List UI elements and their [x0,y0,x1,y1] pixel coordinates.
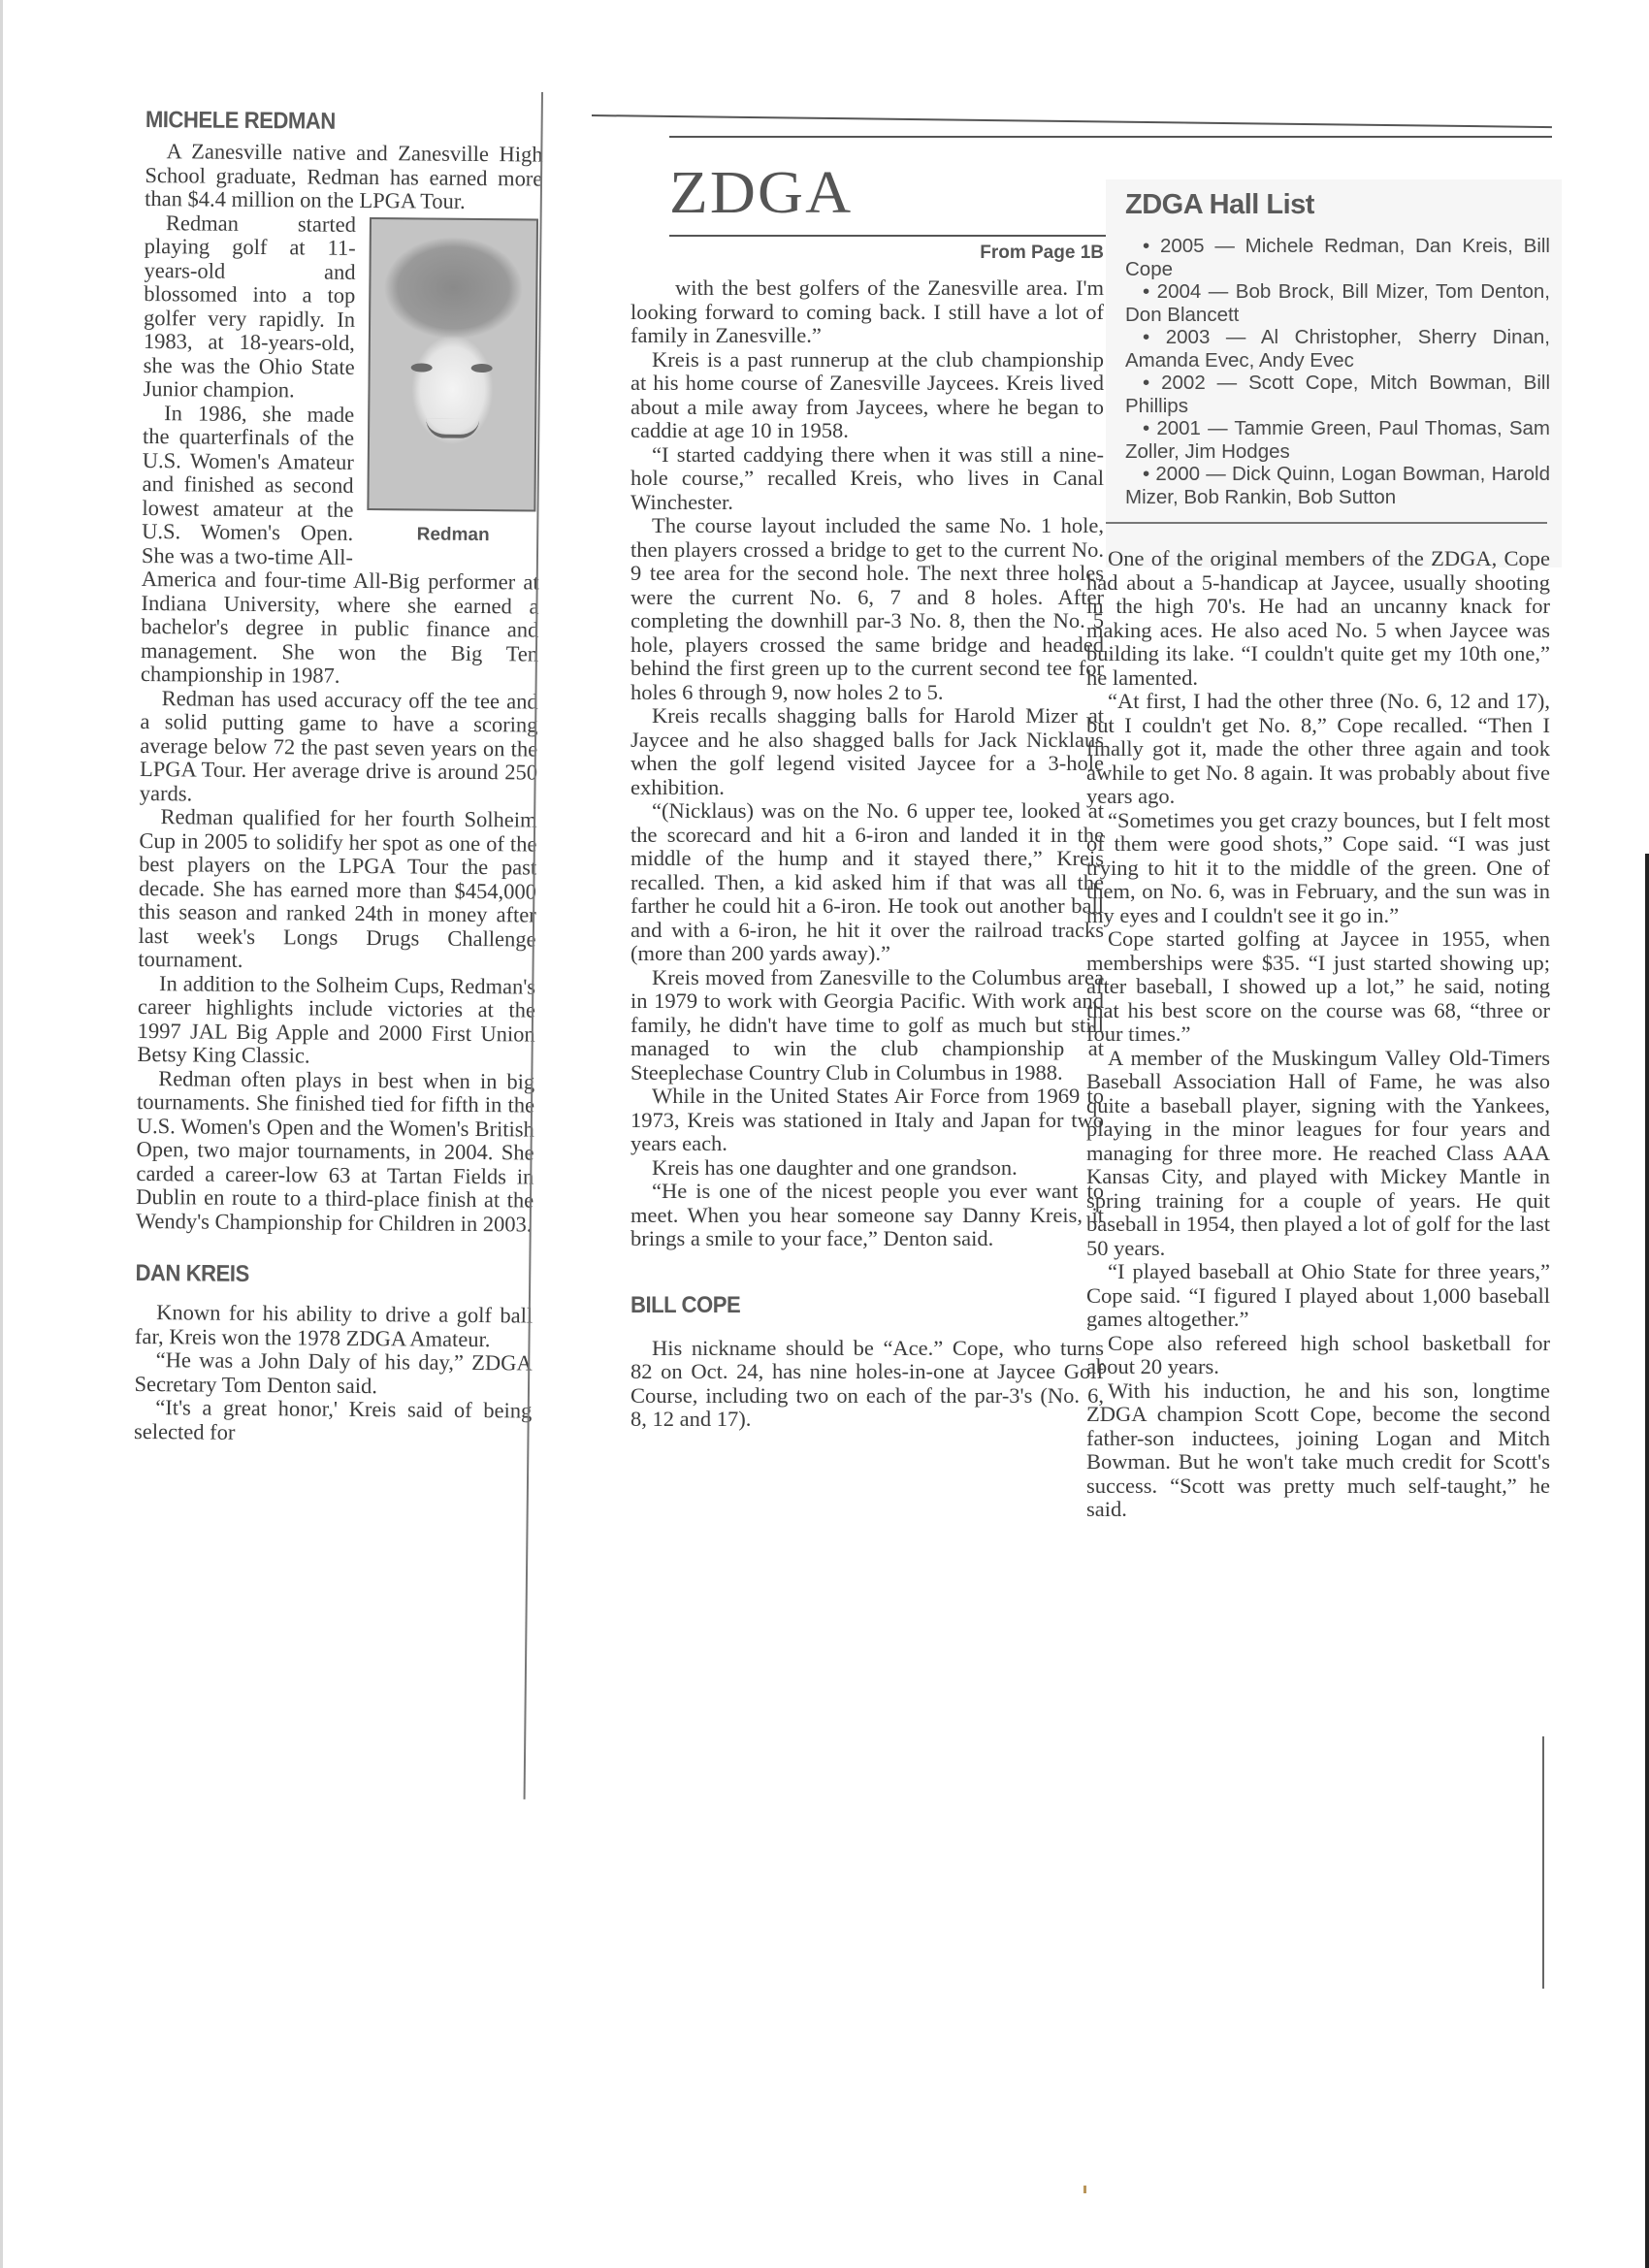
paragraph: Kreis moved from Zanesville to the Colum… [630,966,1104,1085]
scan-speck [1083,2186,1086,2193]
paragraph: Cope started golfing at Jaycee in 1955, … [1086,927,1550,1047]
paragraph: Redman qualified for her fourth Solheim … [138,805,536,975]
paragraph: “I played baseball at Ohio State for thr… [1086,1260,1550,1332]
paragraph: Redman often plays in best when in big t… [136,1066,534,1236]
paragraph: His nickname should be “Ace.” Cope, who … [630,1337,1104,1432]
paragraph: A member of the Muskingum Valley Old-Tim… [1086,1047,1550,1261]
paragraph: “He is one of the nicest people you ever… [630,1180,1104,1251]
hall-list-item: • 2000 — Dick Quinn, Logan Bowman, Harol… [1125,463,1550,508]
photo-caption: Redman [367,524,539,547]
paragraph: Kreis is a past runnerup at the club cha… [630,348,1104,443]
column-rule-right [1542,1736,1544,1989]
hall-list-item: • 2002 — Scott Cope, Mitch Bowman, Bill … [1125,372,1550,417]
title-rule [669,235,1106,237]
paragraph: with the best golfers of the Zanesville … [630,276,1104,348]
hall-list-item: • 2004 — Bob Brock, Bill Mizer, Tom Dent… [1125,280,1550,326]
hall-list-item: • 2005 — Michele Redman, Dan Kreis, Bill… [1125,235,1550,280]
header-rule-top [592,114,1552,128]
paragraph: “At first, I had the other three (No. 6,… [1086,690,1550,809]
right-column: ZDGA Hall List • 2005 — Michele Redman, … [1086,189,1550,1522]
paragraph: “I started caddying there when it was st… [630,443,1104,515]
story-title: ZDGA [669,163,853,223]
paragraph: A Zanesville native and Zanesville High … [145,140,543,214]
paragraph: “Sometimes you get crazy bounces, but I … [1086,809,1550,928]
paragraph: “It's a great honor,' Kreis said of bein… [134,1396,532,1447]
section-heading-bill-cope: BILL COPE [630,1292,1066,1319]
section-heading-dan-kreis: DAN KREIS [135,1260,501,1290]
hall-list-item: • 2001 — Tammie Green, Paul Thomas, Sam … [1125,417,1550,463]
paragraph: “(Nicklaus) was on the No. 6 upper tee, … [630,799,1104,966]
paragraph: One of the original members of the ZDGA,… [1086,547,1550,690]
portrait-photo [367,217,538,512]
header-rule [669,136,1552,138]
scan-edge-right [1645,854,1649,2268]
paragraph: Cope also refereed high school basketbal… [1086,1332,1550,1379]
paragraph: Redman has used accuracy off the tee and… [140,686,538,808]
middle-column: with the best golfers of the Zanesville … [630,276,1104,1432]
paragraph: Kreis has one daughter and one grandson. [630,1156,1104,1181]
hall-list-item: • 2003 — Al Christopher, Sherry Dinan, A… [1125,326,1550,372]
paragraph: The course layout included the same No. … [630,514,1104,704]
paragraph: “He was a John Daly of his day,” ZDGA Se… [134,1348,532,1400]
left-column: MICHELE REDMAN A Zanesville native and Z… [134,107,543,1447]
hall-list-rule [1106,522,1547,524]
scan-edge [0,0,3,2268]
paragraph: Kreis recalls shagging balls for Harold … [630,704,1104,799]
paragraph: With his induction, he and his son, long… [1086,1379,1550,1522]
photo-block: Redman [367,217,542,547]
photo-smile [426,418,479,437]
paragraph: While in the United States Air Force fro… [630,1085,1104,1156]
hall-list-heading: ZDGA Hall List [1125,189,1550,221]
hall-list: • 2005 — Michele Redman, Dan Kreis, Bill… [1125,235,1550,508]
photo-eye [471,363,493,372]
jump-line: From Page 1B [892,243,1104,264]
photo-eye [411,363,433,372]
section-heading-michele-redman: MICHELE REDMAN [145,107,511,137]
paragraph: Known for his ability to drive a golf ba… [135,1301,533,1352]
paragraph: In addition to the Solheim Cups, Redman'… [137,971,535,1070]
